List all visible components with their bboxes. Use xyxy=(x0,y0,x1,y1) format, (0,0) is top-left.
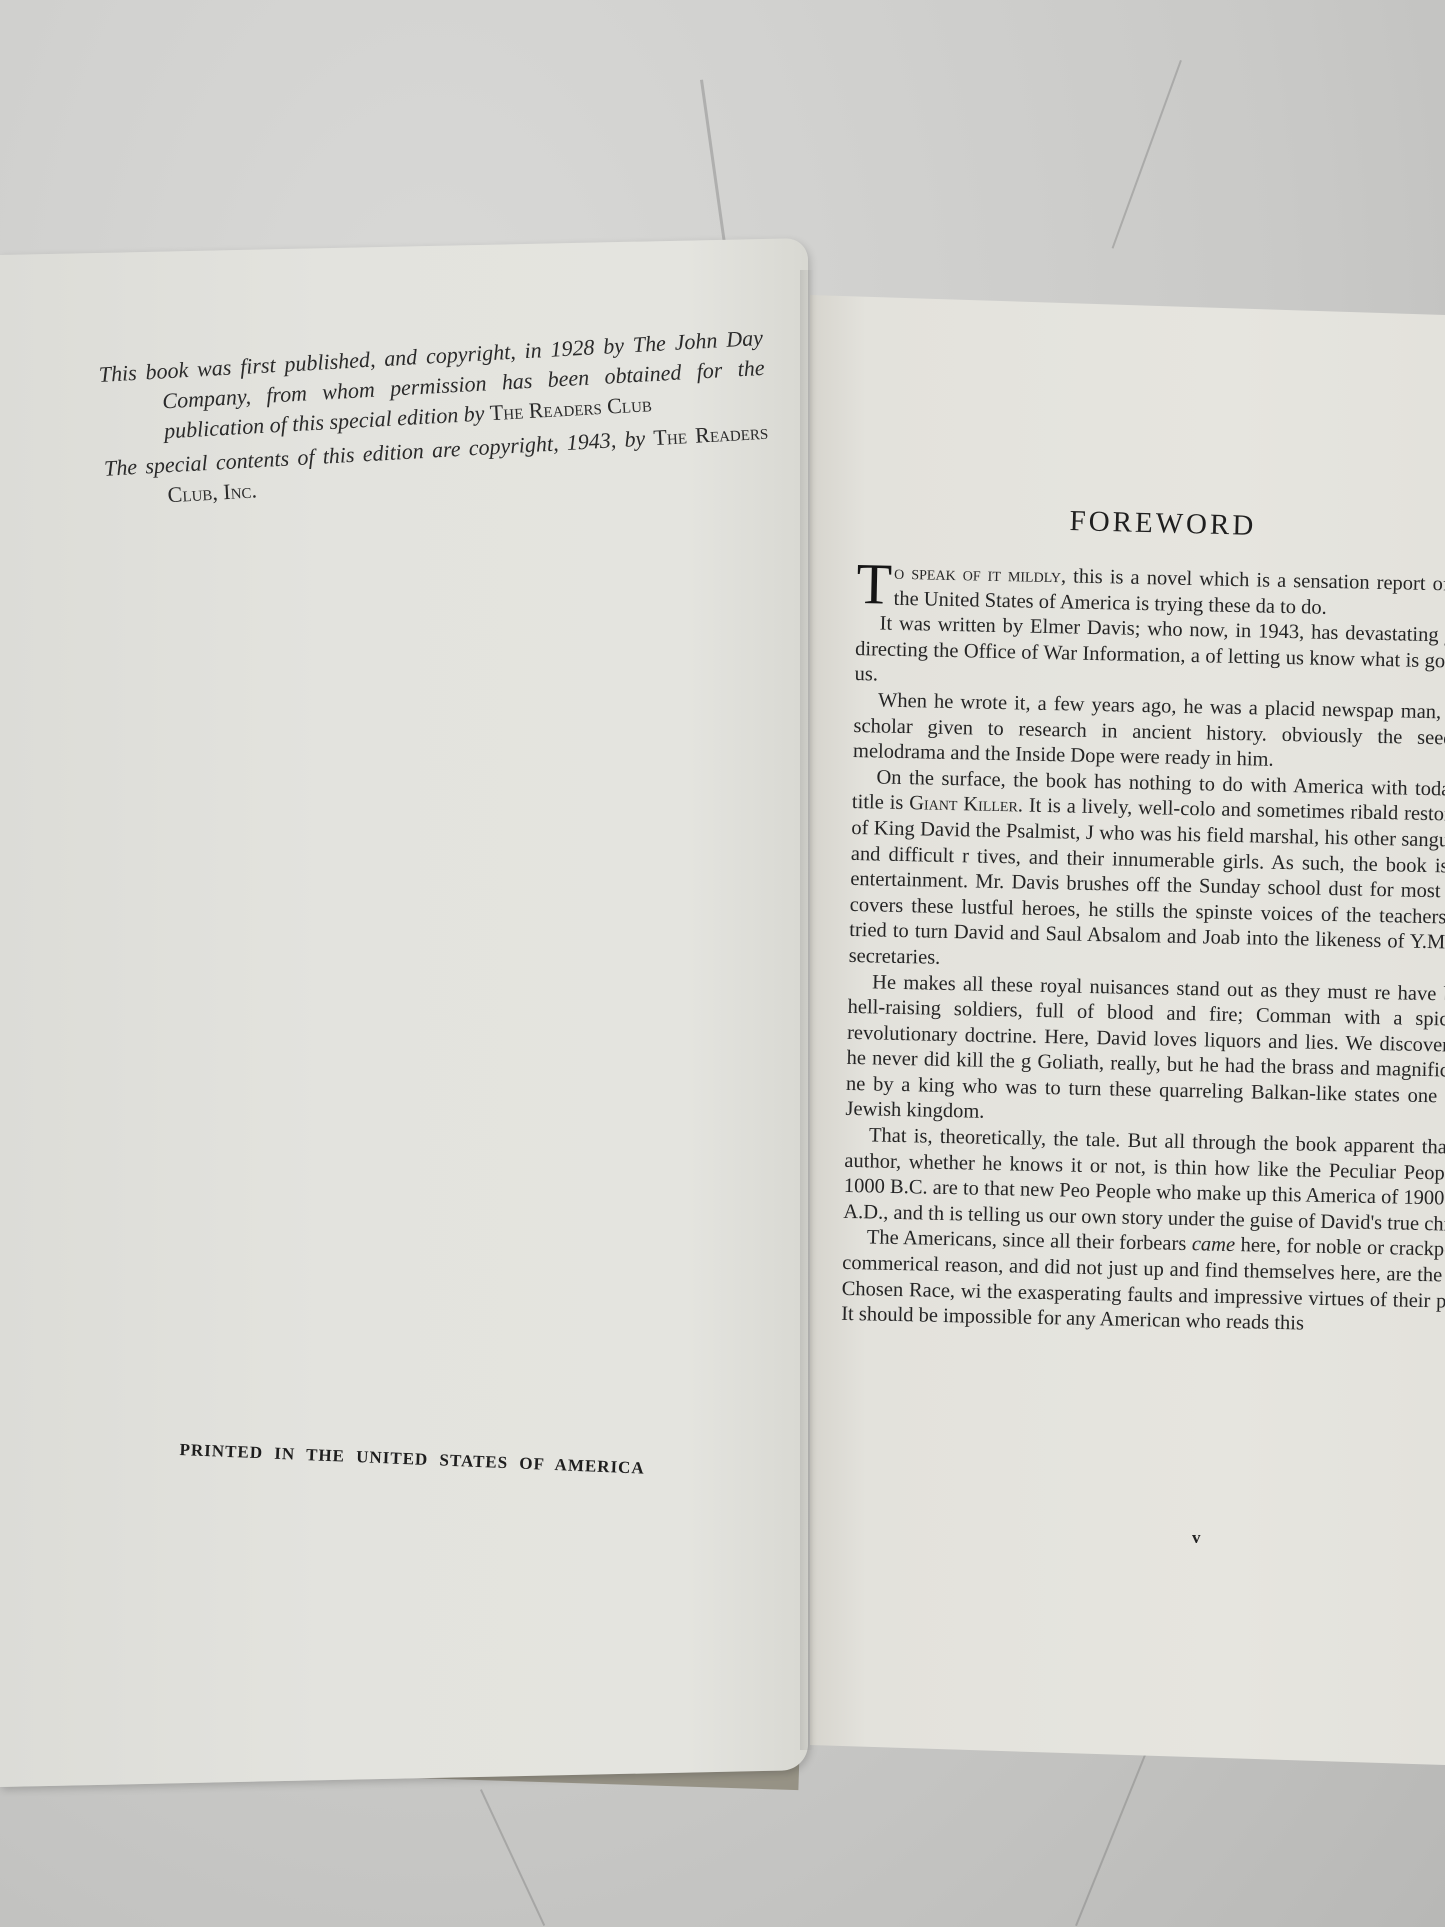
surface-streak xyxy=(1075,1740,1152,1926)
page-number: v xyxy=(1192,1528,1201,1548)
book-gutter xyxy=(800,270,814,1750)
paragraph-text: The Americans, since all their forbears xyxy=(867,1227,1192,1256)
foreword-paragraph: He makes all these royal nuisances stand… xyxy=(845,969,1445,1136)
paragraph-text: . It is a lively, well-colo and sometime… xyxy=(848,795,1445,969)
surface-streak xyxy=(480,1789,545,1926)
foreword-paragraph: That is, theoretically, the tale. But al… xyxy=(843,1123,1445,1239)
paragraph-text: When he wrote it, a few years ago, he wa… xyxy=(853,689,1445,770)
paragraph-text: That is, theoretically, the tale. But al… xyxy=(843,1124,1445,1235)
foreword-paragraph: When he wrote it, a few years ago, he wa… xyxy=(853,688,1445,778)
book-title-smallcaps: Giant Killer xyxy=(909,792,1018,816)
foreword-paragraph: It was written by Elmer Davis; who now, … xyxy=(854,611,1445,701)
foreword-heading: FOREWORD xyxy=(1069,505,1257,543)
lead-in-smallcaps: o speak of it mildly, xyxy=(894,562,1066,588)
foreword-paragraph: On the surface, the book has nothing to … xyxy=(848,765,1445,983)
foreword-body: T o speak of it mildly, this is a novel … xyxy=(841,560,1445,1341)
italic-emphasis: came xyxy=(1192,1234,1236,1257)
drop-cap: T xyxy=(856,560,892,609)
paragraph-text: He makes all these royal nuisances stand… xyxy=(845,971,1445,1123)
publisher-name: The Readers Club xyxy=(489,391,652,425)
surface-streak xyxy=(1112,60,1182,249)
foreword-paragraph: The Americans, since all their forbears … xyxy=(841,1225,1445,1341)
paragraph-text: It was written by Elmer Davis; who now, … xyxy=(854,613,1445,686)
